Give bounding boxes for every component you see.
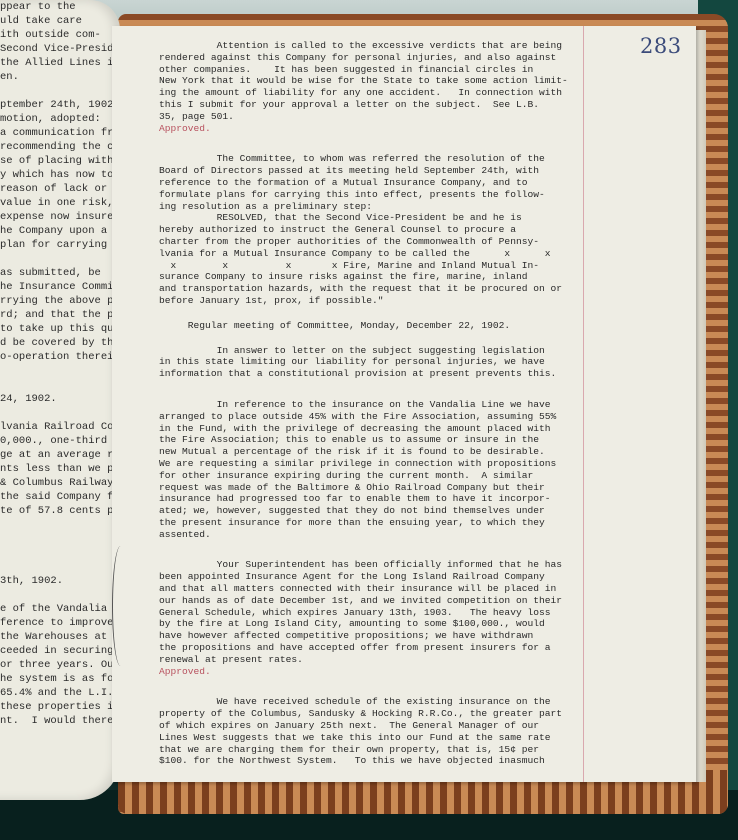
minutes-paragraph: The Committee, to whom was referred the … xyxy=(159,153,579,306)
left-page-line: ptember 24th, 1902, the xyxy=(0,98,120,112)
left-page-line: reason of lack or owner- xyxy=(0,182,120,196)
left-page-line: motion, adopted: xyxy=(0,112,120,126)
left-page-line xyxy=(0,378,120,392)
left-page-line: a communication from the xyxy=(0,126,120,140)
left-page-line: value in one risk, the xyxy=(0,196,120,210)
typed-line: the Fire Association; this to enable us … xyxy=(159,434,579,446)
typed-line: x x x x Fire, Marine and Inland Mutual I… xyxy=(159,260,579,272)
typed-line: surance Company to insure risks against … xyxy=(159,271,579,283)
typed-line: reference to the formation of a Mutual I… xyxy=(159,177,579,189)
left-page-line: se of placing with it the xyxy=(0,154,120,168)
typed-line: The Committee, to whom was referred the … xyxy=(159,153,579,165)
left-page-line: he Company upon a more xyxy=(0,224,120,238)
typed-line: before January 1st, prox, if possible." xyxy=(159,295,579,307)
typed-line: Attention is called to the excessive ver… xyxy=(159,40,579,52)
left-page-line: as submitted, be xyxy=(0,266,120,280)
typed-line: We are requesting a similar privilege in… xyxy=(159,458,579,470)
left-page-line: he Insurance Committee xyxy=(0,280,120,294)
typed-line: ated; we, however, suggested that they d… xyxy=(159,505,579,517)
left-page-line: en. xyxy=(0,70,120,84)
typed-line: our hands as of date December 1st, and w… xyxy=(159,595,579,607)
typed-line: assented. xyxy=(159,529,579,541)
left-page-line: lvania Railroad Company xyxy=(0,420,120,434)
typed-line: In reference to the insurance on the Van… xyxy=(159,399,579,411)
paragraph-gap xyxy=(159,307,579,320)
left-page-line: nt. I would therefore xyxy=(0,714,120,728)
left-page-line xyxy=(0,252,120,266)
typed-line: in the Fund, with the privilege of decre… xyxy=(159,423,579,435)
typed-line: that we are charging them for their own … xyxy=(159,744,579,756)
typed-line: In answer to letter on the subject sugge… xyxy=(159,345,579,357)
typed-line: New York that it would be wise for the S… xyxy=(159,75,579,87)
left-page-line: expense now insured, xyxy=(0,210,120,224)
typed-line: arranged to place outside 45% with the F… xyxy=(159,411,579,423)
typed-line: this I submit for your approval a letter… xyxy=(159,99,579,111)
typed-line: hereby authorized to instruct the Genera… xyxy=(159,224,579,236)
paragraph-gap xyxy=(159,332,579,345)
typed-line: lvania for a Mutual Insurance Company to… xyxy=(159,248,579,260)
left-page-line: ceeded in securing a xyxy=(0,644,120,658)
left-page-line: plan for carrying same xyxy=(0,238,120,252)
typed-line: formulate plans for carrying this into e… xyxy=(159,189,579,201)
left-page-line: the Warehouses at xyxy=(0,630,120,644)
left-page-line xyxy=(0,560,120,574)
typed-line: of which expires on January 25th next. T… xyxy=(159,720,579,732)
pencil-bracket-mark xyxy=(112,546,129,666)
left-page-line: to take up this question xyxy=(0,322,120,336)
typed-line: by the fire at Long Island City, amounti… xyxy=(159,618,579,630)
minutes-paragraph: Attention is called to the excessive ver… xyxy=(159,40,579,134)
left-page-line: rrying the above purpose xyxy=(0,294,120,308)
typed-line: General Schedule, which expires January … xyxy=(159,607,579,619)
typed-line: $100. for the Northwest System. To this … xyxy=(159,755,579,767)
left-page-line: & Columbus Railway xyxy=(0,476,120,490)
left-page-line: or three years. Our xyxy=(0,658,120,672)
typed-line: information that a constitutional provis… xyxy=(159,368,579,380)
left-page-line: the said Company for xyxy=(0,490,120,504)
left-page-line: 65.4% and the L.I.R.R. xyxy=(0,686,120,700)
minutes-paragraph: We have received schedule of the existin… xyxy=(159,696,579,767)
left-page-line: y which has now to be xyxy=(0,168,120,182)
left-page-line: e of the Vandalia Line xyxy=(0,602,120,616)
left-page-line: the Allied Lines in xyxy=(0,56,120,70)
left-page-line xyxy=(0,518,120,532)
approved-stamp: Approved. xyxy=(159,123,579,135)
left-page-line: 24, 1902. xyxy=(0,392,120,406)
typed-line: insurance had progressed too far to enab… xyxy=(159,493,579,505)
typed-line: have however affected competitive propos… xyxy=(159,630,579,642)
typed-line: Your Superintendent has been officially … xyxy=(159,559,579,571)
left-page-line: uld take care xyxy=(0,14,120,28)
typed-line: charter from the proper authorities of t… xyxy=(159,236,579,248)
left-page-line xyxy=(0,588,120,602)
typed-line: been appointed Insurance Agent for the L… xyxy=(159,571,579,583)
left-page-line: nts less than we paid xyxy=(0,462,120,476)
left-page-line: 0,000., one-third of xyxy=(0,434,120,448)
meeting-heading-text: Regular meeting of Committee, Monday, De… xyxy=(159,320,579,332)
paragraph-gap xyxy=(159,380,579,399)
approved-stamp: Approved. xyxy=(159,666,579,678)
typed-line: in this state limiting our liability for… xyxy=(159,356,579,368)
typed-line: the present insurance for more than the … xyxy=(159,517,579,529)
left-page-line: ge at an average rate xyxy=(0,448,120,462)
left-page-line: Second Vice-President xyxy=(0,42,120,56)
paragraph-gap xyxy=(159,134,579,153)
typed-line: and transportation hazards, with the req… xyxy=(159,283,579,295)
left-page-line: recommending the creation xyxy=(0,140,120,154)
left-page-line: 3th, 1902. xyxy=(0,574,120,588)
meeting-heading: Regular meeting of Committee, Monday, De… xyxy=(159,320,579,332)
typed-line: We have received schedule of the existin… xyxy=(159,696,579,708)
typed-line: for other insurance expiring during the … xyxy=(159,470,579,482)
typed-line: rendered against this Company for person… xyxy=(159,52,579,64)
typed-line: request was made of the Baltimore & Ohio… xyxy=(159,482,579,494)
paragraph-gap xyxy=(159,540,579,559)
left-page-line xyxy=(0,532,120,546)
page-number: 283 xyxy=(640,34,682,58)
left-page-line: ith outside com- xyxy=(0,28,120,42)
typed-line: Board of Directors passed at its meeting… xyxy=(159,165,579,177)
left-page-line xyxy=(0,546,120,560)
left-page-line: rd; and that the proper xyxy=(0,308,120,322)
minutes-paragraph: Your Superintendent has been officially … xyxy=(159,559,579,677)
left-page-line: ference to improve- xyxy=(0,616,120,630)
typed-line: ing resolution as a preliminary step: xyxy=(159,201,579,213)
left-page: ppear to theuld take careith outside com… xyxy=(0,0,120,800)
typed-line: new Mutual a percentage of the risk if i… xyxy=(159,446,579,458)
paragraph-gap xyxy=(159,677,579,696)
right-page: 283 Attention is called to the excessive… xyxy=(112,26,696,782)
left-page-line: te of 57.8 cents per xyxy=(0,504,120,518)
left-page-line xyxy=(0,406,120,420)
minutes-paragraph: In reference to the insurance on the Van… xyxy=(159,399,579,541)
left-page-line xyxy=(0,364,120,378)
left-page-line: these properties in our xyxy=(0,700,120,714)
margin-rule xyxy=(583,26,584,782)
left-page-line: ppear to the xyxy=(0,0,120,14)
left-page-line: d be covered by this xyxy=(0,336,120,350)
typed-line: RESOLVED, that the Second Vice-President… xyxy=(159,212,579,224)
left-page-line xyxy=(0,84,120,98)
minutes-paragraph: In answer to letter on the subject sugge… xyxy=(159,345,579,380)
typed-line: 35, page 501. xyxy=(159,111,579,123)
typed-line: and that all matters connected with thei… xyxy=(159,583,579,595)
typed-line: the propositions and have accepted offer… xyxy=(159,642,579,654)
typed-line: ing the amount of liability for any one … xyxy=(159,87,579,99)
left-page-text: ppear to theuld take careith outside com… xyxy=(0,0,120,728)
typed-line: Lines West suggests that we take this in… xyxy=(159,732,579,744)
typed-line: renewal at present rates. xyxy=(159,654,579,666)
typed-line: property of the Columbus, Sandusky & Hoc… xyxy=(159,708,579,720)
left-page-line: he system is as follows xyxy=(0,672,120,686)
left-page-line: o-operation therein xyxy=(0,350,120,364)
typed-minutes: Attention is called to the excessive ver… xyxy=(159,40,579,767)
typed-line: other companies. It has been suggested i… xyxy=(159,64,579,76)
page-edges xyxy=(696,30,706,782)
